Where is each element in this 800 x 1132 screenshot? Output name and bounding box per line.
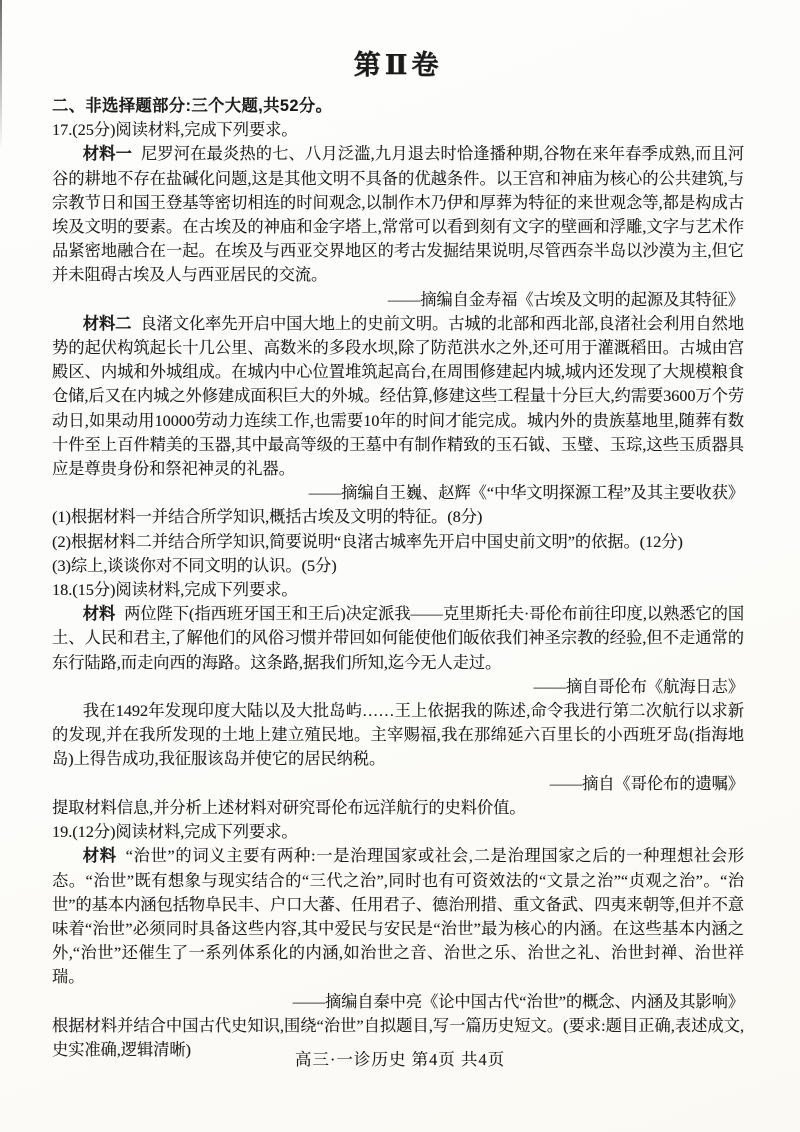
q18-material: 材料两位陛下(指西班牙国王和王后)决定派我——克里斯托夫·哥伦布前往印度,以熟悉… (52, 602, 744, 675)
material1-text: 尼罗河在最炎热的七、八月泛滥,九月退去时恰逢播种期,谷物在来年春季成熟,而且河谷… (52, 145, 744, 284)
exam-content: 第Ⅱ卷 二、非选择题部分:三个大题,共52分。 17.(25分)阅读材料,完成下… (52, 0, 744, 1062)
q17-material1-source: ——摘编自金寿福《古埃及文明的起源及其特征》 (52, 288, 744, 312)
scan-edge-artifact (0, 0, 2, 150)
section-header: 二、非选择题部分:三个大题,共52分。 (52, 94, 744, 118)
q19-material: 材料“治世”的词义主要有两种:一是治理国家或社会,二是治理国家之后的一种理想社会… (52, 844, 744, 989)
page-footer: 高三·一诊历史 第4页 共4页 (0, 1046, 800, 1070)
q18-task: 提取材料信息,并分析上述材料对研究哥伦布远洋航行的史料价值。 (52, 796, 744, 820)
q18-material-source: ——摘自哥伦布《航海日志》 (52, 675, 744, 699)
q19-intro: 19.(12分)阅读材料,完成下列要求。 (52, 820, 744, 844)
q18-intro: 18.(15分)阅读材料,完成下列要求。 (52, 578, 744, 602)
q17-material2-source: ——摘编自王巍、赵辉《“中华文明探源工程”及其主要收获》 (52, 481, 744, 505)
q17-intro: 17.(25分)阅读材料,完成下列要求。 (52, 118, 744, 142)
q17-subquestion-1: (1)根据材料一并结合所学知识,概括古埃及文明的特征。(8分) (52, 505, 744, 529)
page-title: 第Ⅱ卷 (52, 46, 744, 84)
material2-label: 材料二 (83, 315, 132, 333)
q19-material-source: ——摘编自秦中亮《论中国古代“治世”的概念、内涵及其影响》 (52, 990, 744, 1014)
q18-material2-text: 我在1492年发现印度大陆以及大批岛屿……王上依据我的陈述,命令我进行第二次航行… (52, 702, 744, 768)
q18-material-text: 两位陛下(指西班牙国王和王后)决定派我——克里斯托夫·哥伦布前往印度,以熟悉它的… (52, 605, 744, 671)
q17-subquestion-2: (2)根据材料二并结合所学知识,简要说明“良渚古城率先开启中国史前文明”的依据。… (52, 530, 744, 554)
q17-subquestion-3: (3)综上,谈谈你对不同文明的认识。(5分) (52, 554, 744, 578)
exam-page: 第Ⅱ卷 二、非选择题部分:三个大题,共52分。 17.(25分)阅读材料,完成下… (0, 0, 800, 1132)
q18-material-label: 材料 (83, 605, 115, 623)
q19-material-label: 材料 (83, 847, 117, 865)
q17-material1: 材料一尼罗河在最炎热的七、八月泛滥,九月退去时恰逢播种期,谷物在来年春季成熟,而… (52, 142, 744, 287)
q18-material-2: 我在1492年发现印度大陆以及大批岛屿……王上依据我的陈述,命令我进行第二次航行… (52, 699, 744, 772)
q19-material-text: “治世”的词义主要有两种:一是治理国家或社会,二是治理国家之后的一种理想社会形态… (52, 847, 744, 986)
material2-text: 良渚文化率先开启中国大地上的史前文明。古城的北部和西北部,良渚社会利用自然地势的… (52, 315, 744, 478)
material1-label: 材料一 (83, 145, 132, 163)
q17-material2: 材料二良渚文化率先开启中国大地上的史前文明。古城的北部和西北部,良渚社会利用自然… (52, 312, 744, 481)
q18-material2-source: ——摘自《哥伦布的遗嘱》 (52, 772, 744, 796)
